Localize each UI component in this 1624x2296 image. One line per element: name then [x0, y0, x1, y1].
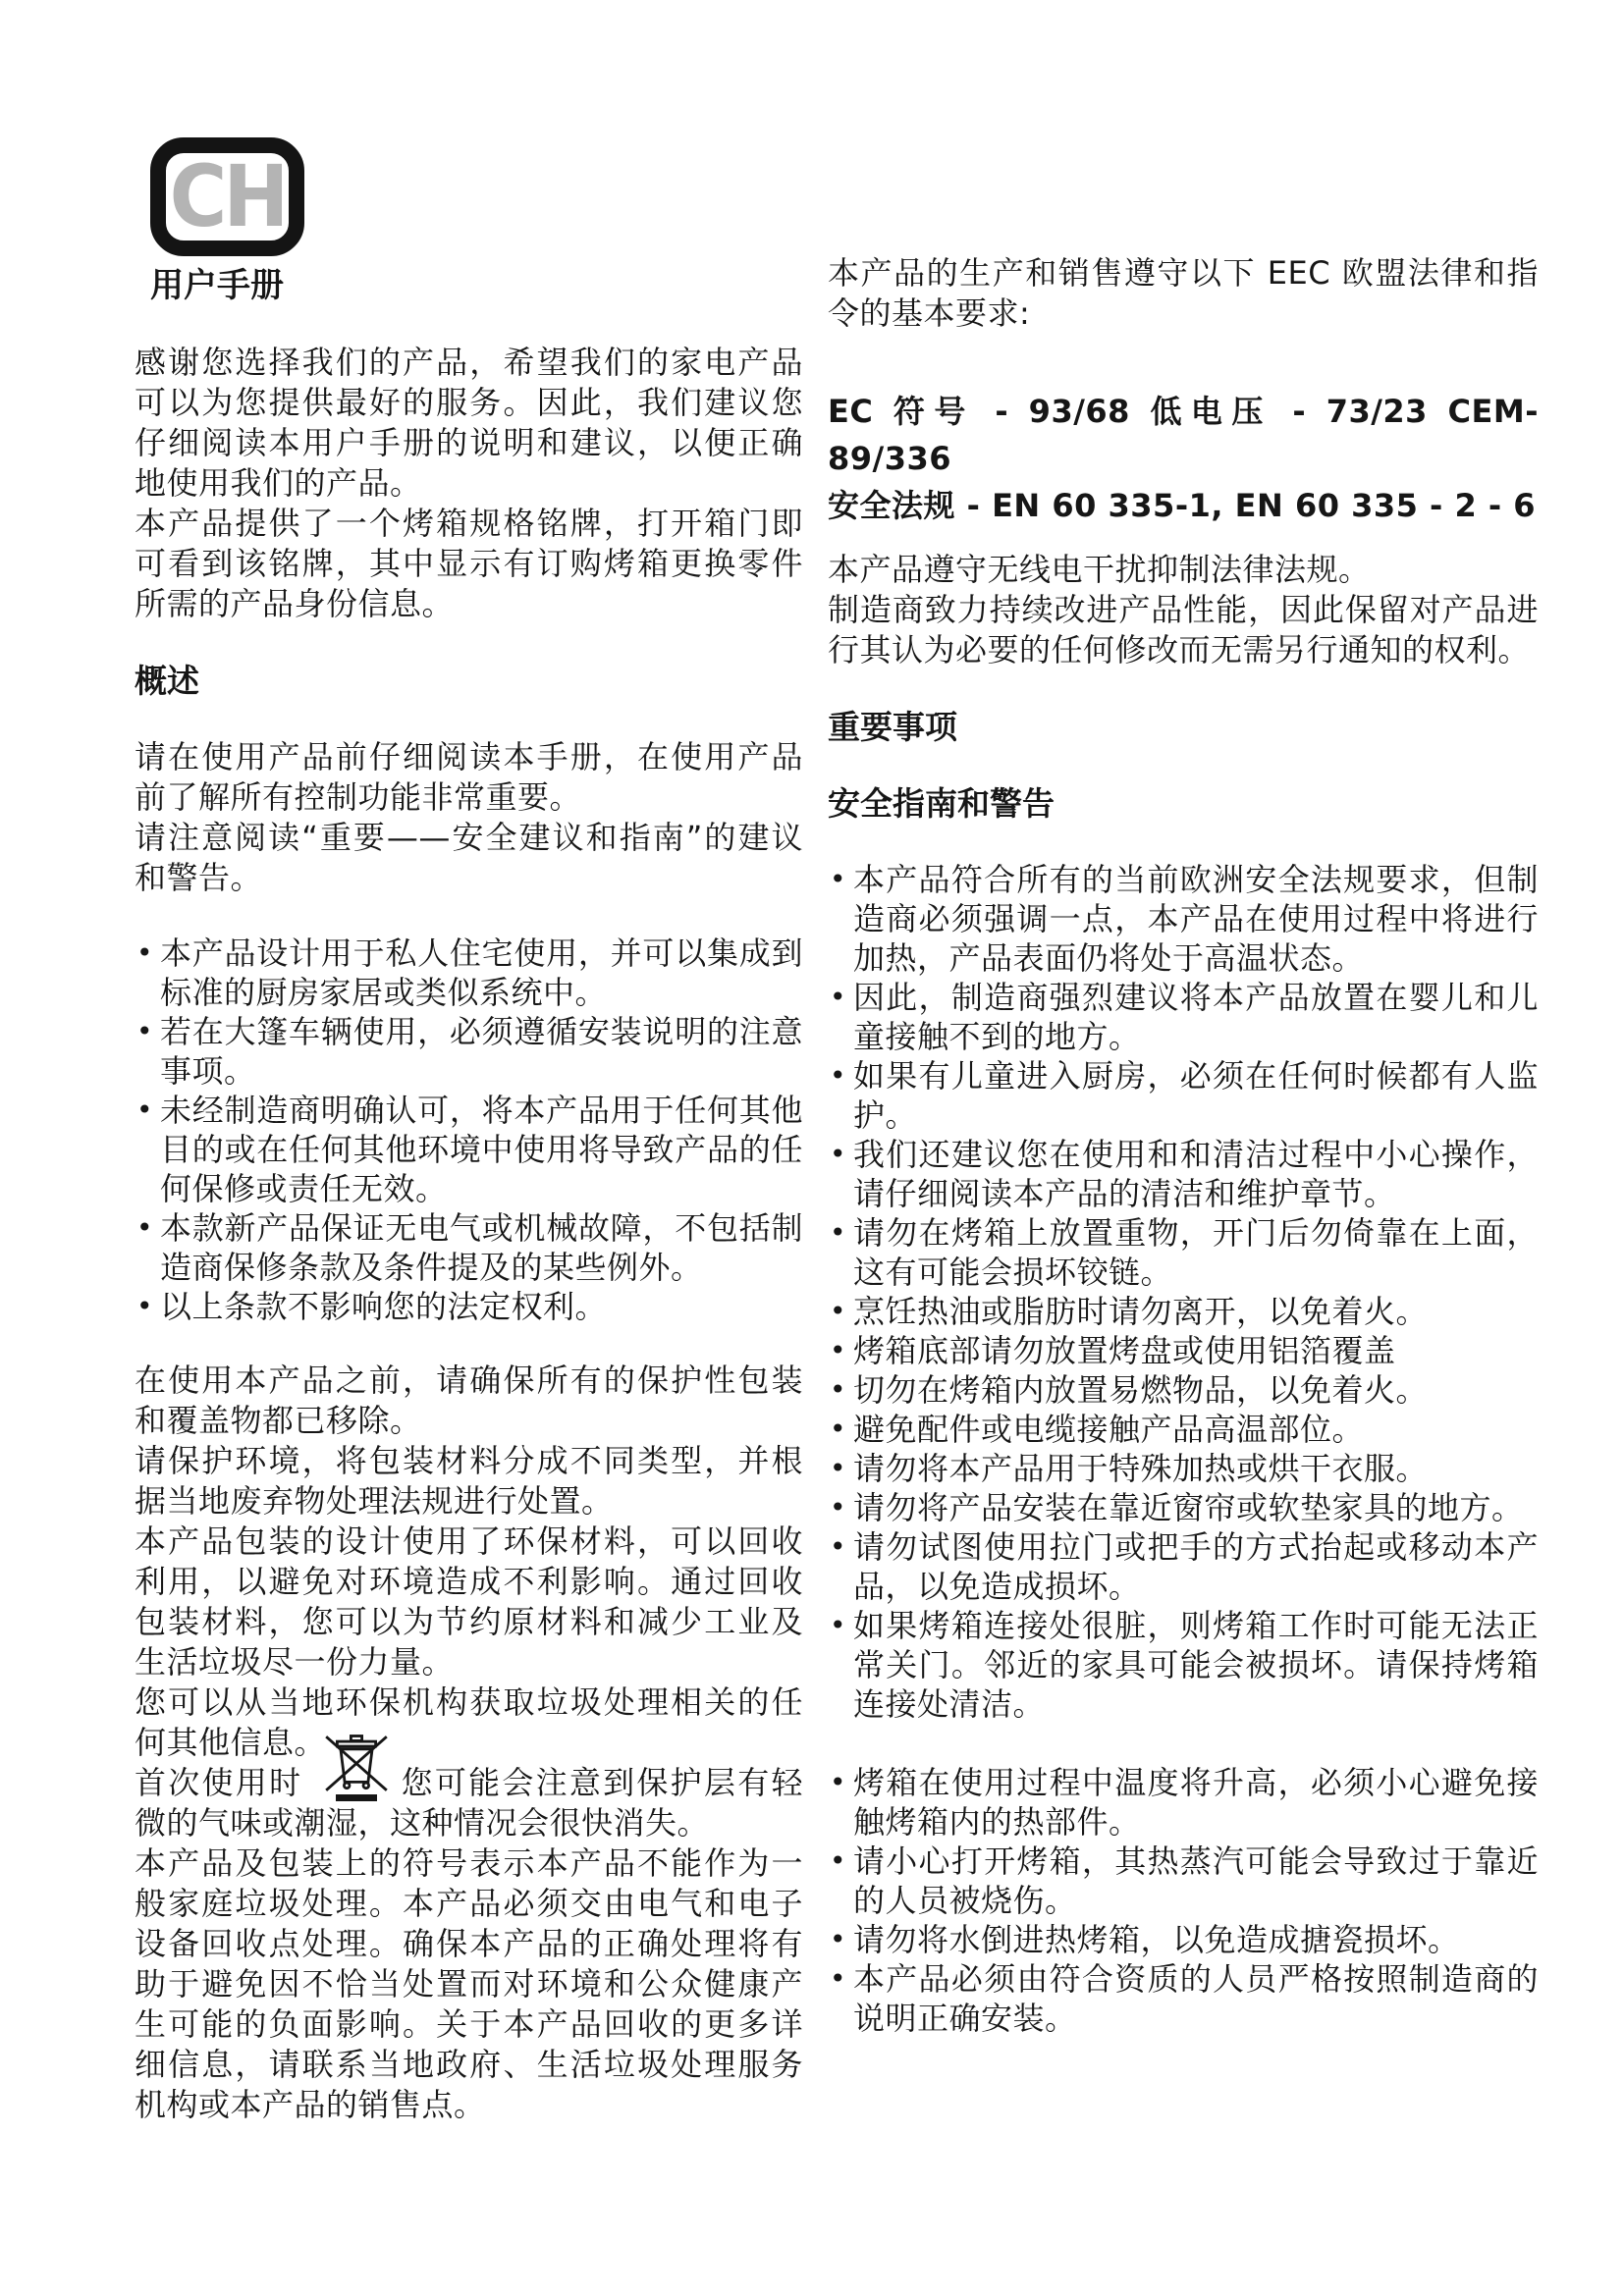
spacer	[135, 898, 803, 934]
ec-directive-line-2: 安全法规 - EN 60 335-1, EN 60 335 - 2 - 6	[828, 482, 1539, 529]
overview-paragraph-1: 请在使用产品前仔细阅读本手册，在使用产品前了解所有控制功能非常重要。	[135, 737, 803, 818]
list-item: 本产品符合所有的当前欧洲安全法规要求，但制造商必须强调一点，本产品在使用过程中将…	[828, 860, 1539, 978]
spacer	[828, 334, 1539, 388]
overview-bullet-list: 本产品设计用于私人住宅使用，并可以集成到标准的厨房家居或类似系统中。 若在大篷车…	[135, 934, 803, 1326]
list-item: 烤箱底部请勿放置烤盘或使用铝箔覆盖	[828, 1331, 1539, 1370]
unpack-paragraph-2: 请保护环境，将包装材料分成不同类型，并根据当地废弃物处理法规进行处置。	[135, 1441, 803, 1522]
safety-bullet-list-a: 本产品符合所有的当前欧洲安全法规要求，但制造商必须强调一点，本产品在使用过程中将…	[828, 860, 1539, 1724]
first-use-text-before: 首次使用时	[135, 1764, 315, 1801]
list-item: 请勿将水倒进热烤箱，以免造成搪瓷损坏。	[828, 1920, 1539, 1959]
spacer	[828, 529, 1539, 550]
list-item: 本产品必须由符合资质的人员严格按照制造商的说明正确安装。	[828, 1959, 1539, 2038]
overview-heading: 概述	[135, 661, 803, 701]
spacer	[135, 624, 803, 661]
unpack-paragraph-3: 本产品包装的设计使用了环保材料，可以回收利用，以避免对环境造成不利影响。通过回收…	[135, 1522, 803, 1682]
safety-bullet-list-b: 烤箱在使用过程中温度将升高，必须小心避免接触烤箱内的热部件。 请小心打开烤箱，其…	[828, 1763, 1539, 2038]
compliance-paragraph-3: 制造商致力持续改进产品性能，因此保留对产品进行其认为必要的任何修改而无需另行通知…	[828, 590, 1539, 670]
first-use-paragraph: 首次使用时 您可能会注意到保护层有轻微的气味或潮湿，这种情况会很快消失。	[135, 1763, 803, 1843]
page-title: 用户手册	[150, 266, 803, 306]
spacer	[828, 1724, 1539, 1763]
spacer	[828, 824, 1539, 860]
important-heading: 重要事项	[828, 707, 1539, 747]
list-item: 若在大篷车辆使用，必须遵循安装说明的注意事项。	[135, 1012, 803, 1091]
overview-paragraph-2: 请注意阅读“重要——安全建议和指南”的建议和警告。	[135, 818, 803, 898]
list-item: 如果有儿童进入厨房，必须在任何时候都有人监护。	[828, 1056, 1539, 1135]
list-item: 请勿在烤箱上放置重物，开门后勿倚靠在上面，这有可能会损坏铰链。	[828, 1213, 1539, 1292]
weee-crossed-out-wheeled-bin-icon	[315, 1764, 400, 1793]
list-item: 烤箱在使用过程中温度将升高，必须小心避免接触烤箱内的热部件。	[828, 1763, 1539, 1842]
ec-directive-line-1: EC 符号 - 93/68 低电压 - 73/23 CEM-89/336	[828, 388, 1539, 482]
ch-badge-text: CH	[170, 154, 286, 239]
intro-paragraph-1: 感谢您选择我们的产品，希望我们的家电产品可以为您提供最好的服务。因此，我们建议您…	[135, 343, 803, 504]
safety-guidelines-heading: 安全指南和警告	[828, 783, 1539, 824]
compliance-paragraph-2: 本产品遵守无线电干扰抑制法律法规。	[828, 550, 1539, 590]
unpack-paragraph-4: 您可以从当地环保机构获取垃圾处理相关的任何其他信息。	[135, 1682, 803, 1763]
spacer	[828, 670, 1539, 707]
list-item: 如果烤箱连接处很脏，则烤箱工作时可能无法正常关门。邻近的家具可能会被损坏。请保持…	[828, 1606, 1539, 1724]
intro-paragraph-2: 本产品提供了一个烤箱规格铭牌，打开箱门即可看到该铭牌，其中显示有订购烤箱更换零件…	[135, 504, 803, 624]
right-column: 本产品的生产和销售遵守以下 EEC 欧盟法律和指令的基本要求: EC 符号 - …	[828, 253, 1539, 2038]
spacer	[135, 701, 803, 737]
list-item: 请勿将产品安装在靠近窗帘或软垫家具的地方。	[828, 1488, 1539, 1527]
list-item: 我们还建议您在使用和和清洁过程中小心操作，请仔细阅读本产品的清洁和维护章节。	[828, 1135, 1539, 1213]
spacer	[828, 747, 1539, 783]
unpack-paragraph-1: 在使用本产品之前，请确保所有的保护性包装和覆盖物都已移除。	[135, 1361, 803, 1441]
spacer	[135, 306, 803, 343]
list-item: 本款新产品保证无电气或机械故障，不包括制造商保修条款及条件提及的某些例外。	[135, 1208, 803, 1287]
list-item: 本产品设计用于私人住宅使用，并可以集成到标准的厨房家居或类似系统中。	[135, 934, 803, 1012]
ch-country-badge: CH	[150, 137, 304, 256]
list-item: 因此，制造商强烈建议将本产品放置在婴儿和儿童接触不到的地方。	[828, 978, 1539, 1056]
list-item: 避免配件或电缆接触产品高温部位。	[828, 1410, 1539, 1449]
list-item: 以上条款不影响您的法定权利。	[135, 1287, 803, 1326]
left-column: CH 用户手册 感谢您选择我们的产品，希望我们的家电产品可以为您提供最好的服务。…	[135, 0, 803, 2125]
list-item: 请小心打开烤箱，其热蒸汽可能会导致过于靠近的人员被烧伤。	[828, 1842, 1539, 1920]
list-item: 切勿在烤箱内放置易燃物品，以免着火。	[828, 1370, 1539, 1410]
list-item: 请勿试图使用拉门或把手的方式抬起或移动本产品，以免造成损坏。	[828, 1527, 1539, 1606]
list-item: 未经制造商明确认可，将本产品用于任何其他目的或在任何其他环境中使用将导致产品的任…	[135, 1091, 803, 1208]
spacer	[135, 1326, 803, 1361]
compliance-paragraph-1: 本产品的生产和销售遵守以下 EEC 欧盟法律和指令的基本要求:	[828, 253, 1539, 334]
list-item: 烹饪热油或脂肪时请勿离开，以免着火。	[828, 1292, 1539, 1331]
weee-disposal-paragraph: 本产品及包装上的符号表示本产品不能作为一般家庭垃圾处理。本产品必须交由电气和电子…	[135, 1843, 803, 2125]
list-item: 请勿将本产品用于特殊加热或烘干衣服。	[828, 1449, 1539, 1488]
